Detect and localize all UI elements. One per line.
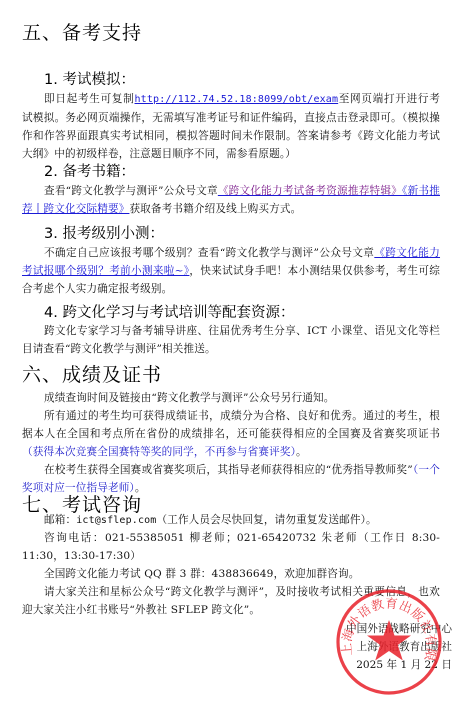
note-national-award: （获得本次竞赛全国赛特等奖的同学，不再参与省赛评奖） xyxy=(22,446,296,458)
subheading-prep-books: 2. 备考书籍： xyxy=(44,160,135,181)
paragraph-email: 邮箱：ict@sflep.com（工作人员会尽快回复，请勿重复发送邮件）。 xyxy=(22,511,440,530)
text: 查看“跨文化教学与测评”公众号文章 xyxy=(44,185,218,197)
text: （工作人员会尽快回复，请勿重复发送邮件）。 xyxy=(156,514,376,526)
subheading-exam-simulation: 1. 考试模拟： xyxy=(44,68,135,89)
paragraph-qq-group: 全国跨文化能力考试 QQ 群 3 群：438836649，欢迎加群咨询。 xyxy=(22,565,440,583)
text: 在校考生获得全国赛或省赛奖项后，其指导老师获得相应的“优秀指导教师奖” xyxy=(44,464,413,476)
paragraph-phone: 咨询电话：021-55385051 柳老师；021-65420732 朱老师（工… xyxy=(22,529,440,565)
paragraph-level-test: 不确定自己应该报考哪个级别？查看“跨文化教学与测评”公众号文章《跨文化能力考试报… xyxy=(22,244,440,298)
text: 获取备考书籍介绍及线上购买方式。 xyxy=(129,203,301,215)
text: 。 xyxy=(296,446,307,458)
section-5-title: 五、备考支持 xyxy=(22,18,142,45)
email-address: ict@sflep.com xyxy=(76,515,156,526)
paragraph-prep-books: 查看“跨文化教学与测评”公众号文章《跨文化能力考试备考资源推荐特辑》《新书推荐丨… xyxy=(22,182,440,218)
subheading-level-test: 3. 报考级别小测： xyxy=(44,222,164,243)
email-label: 邮箱： xyxy=(44,514,76,526)
paragraph-follow: 请大家关注和星标公众号“跨文化教学与测评”，及时接收考试相关重要信息，也欢迎大家… xyxy=(22,583,440,619)
text: 所有通过的考生均可获得成绩证书，成绩分为合格、良好和优秀。通过的考生，根据本人在… xyxy=(22,410,440,440)
document-page: 五、备考支持 1. 考试模拟： 即日起考生可复制http://112.74.52… xyxy=(0,0,473,712)
exam-simulation-link[interactable]: http://112.74.52.18:8099/obt/exam xyxy=(135,94,339,105)
paragraph-score-query: 成绩查询时间及链接由“跨文化教学与测评”公众号另行通知。 xyxy=(22,389,440,407)
signature-date: 2025 年 1 月 22 日 xyxy=(312,656,452,674)
text: 即日起考生可复制 xyxy=(44,93,135,105)
section-6-title: 六、成绩及证书 xyxy=(22,360,162,387)
signature-org-2: 上海外语教育出版社 xyxy=(312,638,452,656)
text: 不确定自己应该报考哪个级别？查看“跨文化教学与测评”公众号文章 xyxy=(44,247,374,259)
paragraph-resources: 跨文化专家学习与备考辅导讲座、往届优秀考生分享、ICT 小课堂、语见文化等栏目请… xyxy=(22,322,440,358)
article-link-prep-resources[interactable]: 《跨文化能力考试备考资源推荐特辑》 xyxy=(218,185,402,197)
paragraph-certificates: 所有通过的考生均可获得成绩证书，成绩分为合格、良好和优秀。通过的考生，根据本人在… xyxy=(22,407,440,461)
signature-org-1: 中国外语战略研究中心 xyxy=(312,620,452,638)
paragraph-exam-simulation: 即日起考生可复制http://112.74.52.18:8099/obt/exa… xyxy=(22,90,440,163)
subheading-resources: 4. 跨文化学习与考试培训等配套资源： xyxy=(44,301,294,322)
